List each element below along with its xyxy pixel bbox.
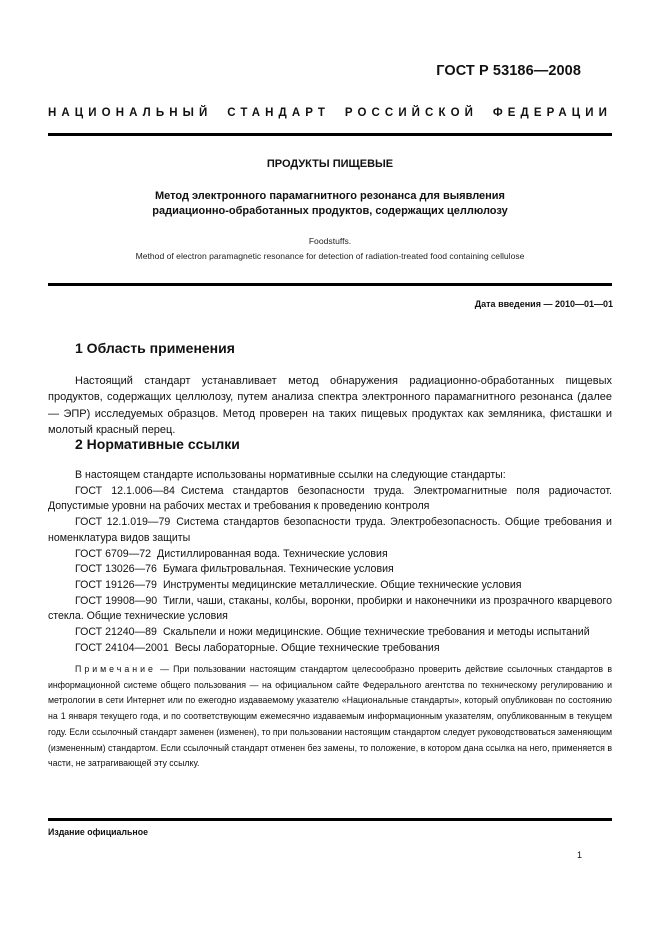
normative-references-list: В настоящем стандарте использованы норма…: [48, 468, 612, 656]
scope-paragraph: Настоящий стандарт устанавливает метод о…: [48, 373, 612, 439]
section-heading-normative-references: 2 Нормативные ссылки: [75, 436, 240, 452]
reference-code: ГОСТ 12.1.006—84: [75, 485, 175, 497]
reference-item: ГОСТ 6709—72Дистиллированная вода. Техни…: [48, 547, 612, 563]
english-title-line: Foodstuffs.: [48, 234, 612, 249]
reference-item: ГОСТ 12.1.006—84Система стандартов безоп…: [48, 484, 612, 515]
banner-word: ФЕДЕРАЦИИ: [493, 107, 612, 119]
reference-item: ГОСТ 19908—90Тигли, чаши, стаканы, колбы…: [48, 594, 612, 625]
reference-item: ГОСТ 13026—76Бумага фильтровальная. Техн…: [48, 562, 612, 578]
edition-label: Издание официальное: [48, 827, 148, 837]
section-heading-scope: 1 Область применения: [75, 340, 235, 356]
references-note: Примечание — При пользовании настоящим с…: [48, 662, 612, 772]
footer-rule: [48, 818, 612, 821]
english-title-line: Method of electron paramagnetic resonanc…: [48, 249, 612, 264]
banner-word: СТАНДАРТ: [227, 107, 330, 119]
reference-code: ГОСТ 21240—89: [75, 626, 157, 638]
header-rule: [48, 133, 612, 136]
reference-code: ГОСТ 6709—72: [75, 548, 151, 560]
reference-item: ГОСТ 19126—79Инструменты медицинские мет…: [48, 578, 612, 594]
reference-title: Бумага фильтровальная. Технические услов…: [163, 563, 394, 575]
reference-code: ГОСТ 13026—76: [75, 563, 157, 575]
russian-title-line: Метод электронного парамагнитного резона…: [48, 189, 612, 204]
banner-word: НАЦИОНАЛЬНЫЙ: [48, 107, 212, 119]
russian-title-line: радиационно-обработанных продуктов, соде…: [48, 204, 612, 219]
reference-code: ГОСТ 24104—2001: [75, 642, 169, 654]
introduction-date: Дата введения — 2010—01—01: [475, 299, 613, 309]
title-rule: [48, 283, 612, 286]
reference-code: ГОСТ 19126—79: [75, 579, 157, 591]
note-text: — При пользовании настоящим стандартом ц…: [48, 664, 612, 768]
page-number: 1: [577, 850, 582, 860]
note-label: Примечание: [75, 664, 156, 674]
national-standard-banner: НАЦИОНАЛЬНЫЙ СТАНДАРТ РОССИЙСКОЙ ФЕДЕРАЦ…: [48, 107, 612, 119]
russian-title: Метод электронного парамагнитного резона…: [48, 189, 612, 219]
banner-word: РОССИЙСКОЙ: [345, 107, 478, 119]
reference-title: Весы лабораторные. Общие технические тре…: [175, 642, 440, 654]
english-title: Foodstuffs. Method of electron paramagne…: [48, 234, 612, 264]
references-intro: В настоящем стандарте использованы норма…: [48, 468, 612, 484]
category-title: ПРОДУКТЫ ПИЩЕВЫЕ: [48, 158, 612, 170]
reference-item: ГОСТ 24104—2001Весы лабораторные. Общие …: [48, 641, 612, 657]
reference-item: ГОСТ 12.1.019—79Система стандартов безоп…: [48, 515, 612, 546]
reference-title: Дистиллированная вода. Технические услов…: [157, 548, 388, 560]
reference-code: ГОСТ 12.1.019—79: [75, 516, 170, 528]
reference-title: Инструменты медицинские металлические. О…: [163, 579, 522, 591]
reference-code: ГОСТ 19908—90: [75, 595, 157, 607]
reference-title: Скальпели и ножи медицинские. Общие техн…: [163, 626, 590, 638]
reference-item: ГОСТ 21240—89Скальпели и ножи медицински…: [48, 625, 612, 641]
document-code: ГОСТ Р 53186—2008: [436, 63, 581, 79]
